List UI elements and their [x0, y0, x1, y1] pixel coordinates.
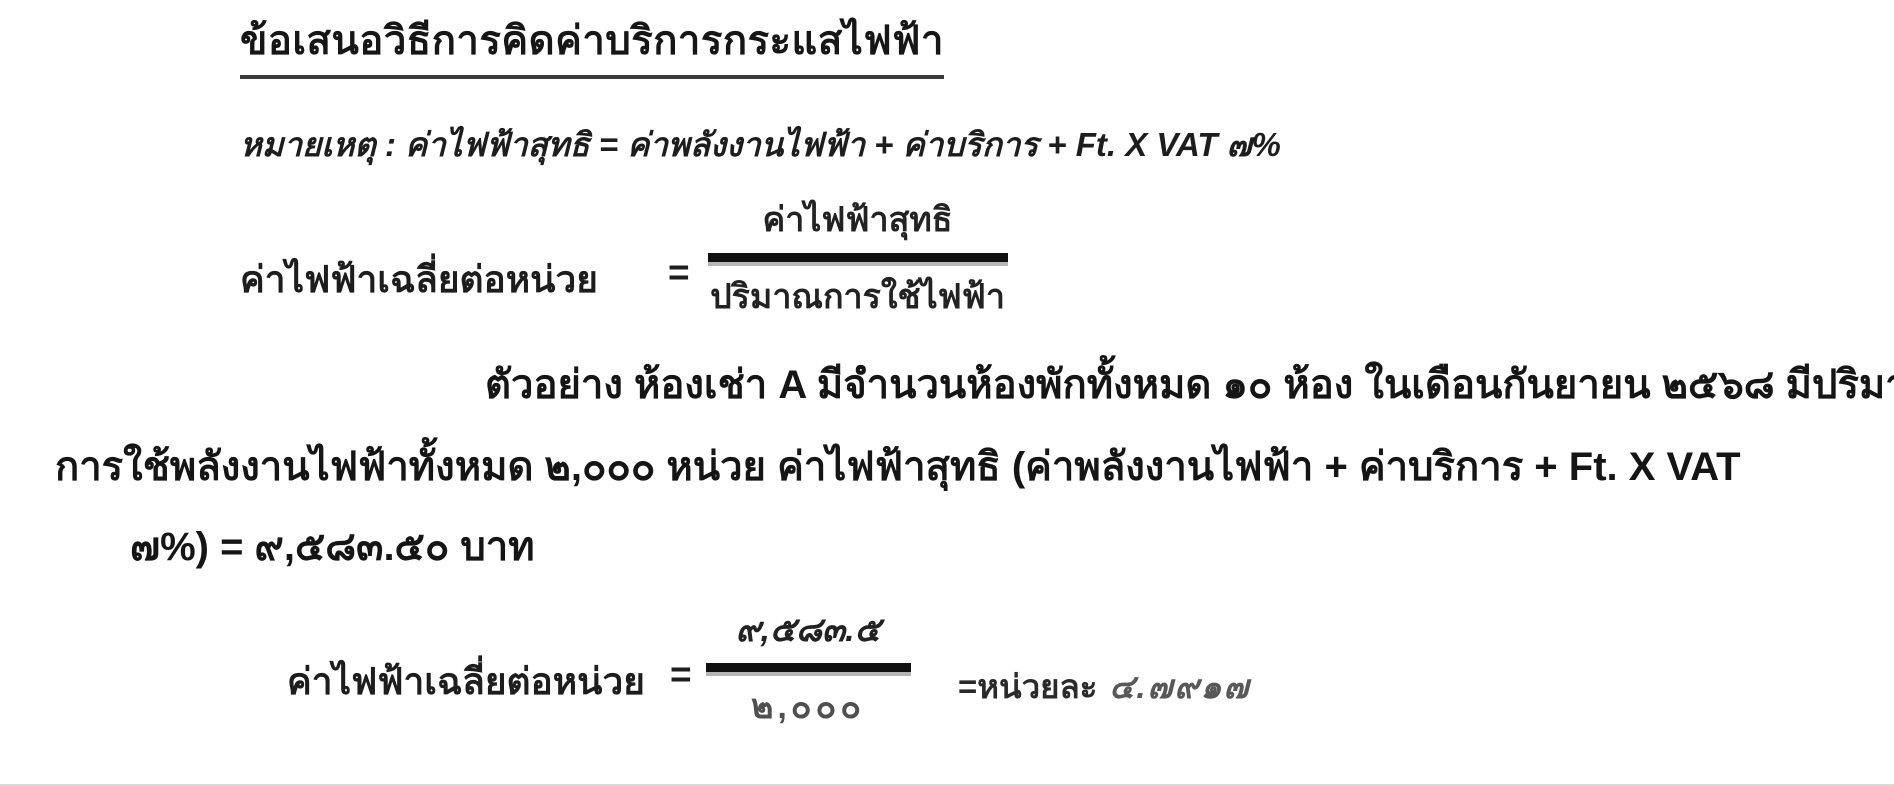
formula-example-result: =หน่วยละ๔.๗๙๑๗	[958, 660, 1250, 713]
formula-example-fraction: ๙,๕๘๓.๕ ๒,๐๐๐	[703, 602, 913, 735]
formula-general-lhs: ค่าไฟฟ้าเฉลี่ยต่อหน่วย	[240, 250, 598, 309]
formula-general-fraction: ค่าไฟฟ้าสุทธิ ปริมาณการใช้ไฟฟ้า	[705, 192, 1010, 325]
formula-example-numerator: ๙,๕๘๓.๕	[736, 602, 881, 658]
example-paragraph-line-3: ๗%) = ๙,๕๘๓.๕๐ บาท	[130, 514, 535, 578]
formula-general-denominator: ปริมาณการใช้ไฟฟ้า	[710, 269, 1005, 325]
fraction-bar	[708, 253, 1008, 262]
document-page: ข้อเสนอวิธีการคิดค่าบริการกระแสไฟฟ้า หมา…	[0, 0, 1894, 786]
formula-example-result-value: ๔.๗๙๑๗	[1109, 668, 1250, 705]
formula-example-lhs: ค่าไฟฟ้าเฉลี่ยต่อหน่วย	[287, 652, 645, 711]
formula-example-denominator: ๒,๐๐๐	[751, 679, 865, 735]
formula-example-result-label: =หน่วยละ	[958, 668, 1097, 705]
document-title: ข้อเสนอวิธีการคิดค่าบริการกระแสไฟฟ้า	[240, 8, 944, 79]
note-line: หมายเหตุ : ค่าไฟฟ้าสุทธิ = ค่าพลังงานไฟฟ…	[240, 118, 1281, 171]
formula-general-numerator: ค่าไฟฟ้าสุทธิ	[762, 192, 952, 248]
formula-example-equals-sign: =	[670, 654, 692, 696]
fraction-bar	[706, 663, 911, 672]
example-paragraph-line-1: ตัวอย่าง ห้องเช่า A มีจำนวนห้องพักทั้งหม…	[485, 352, 1894, 416]
example-paragraph-line-2: การใช้พลังงานไฟฟ้าทั้งหมด ๒,๐๐๐ หน่วย ค่…	[55, 434, 1741, 498]
formula-general-equals-sign: =	[668, 252, 690, 294]
